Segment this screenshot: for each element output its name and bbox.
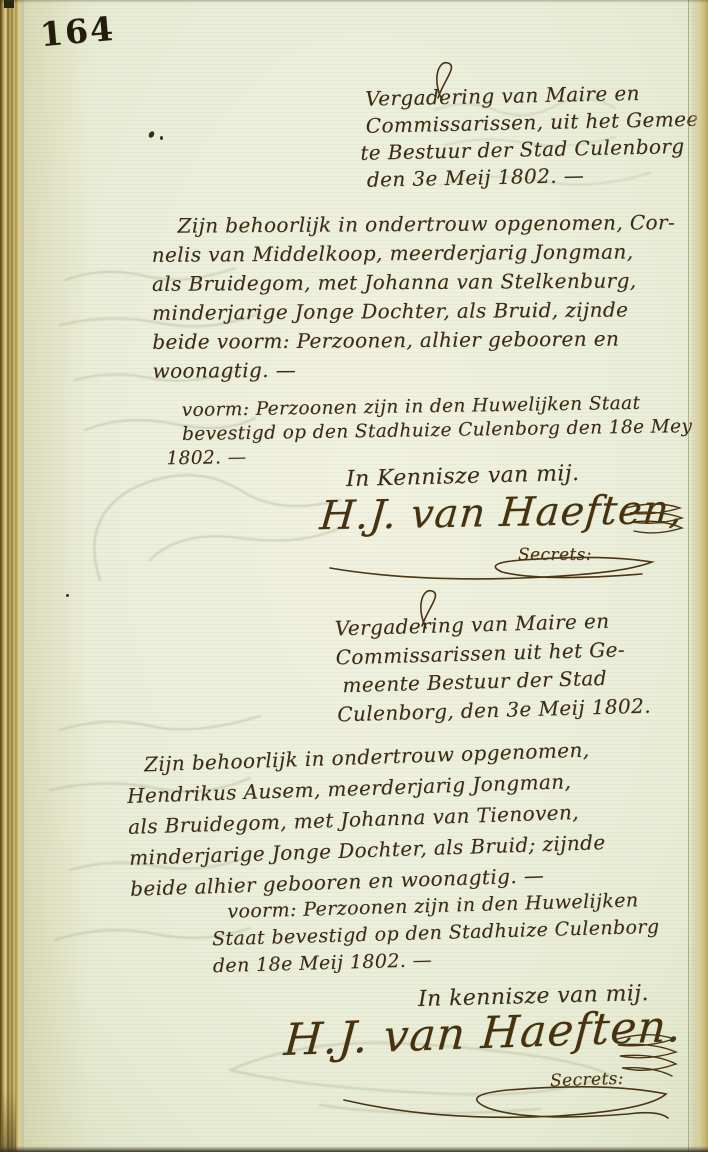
meeting-header: Vergadering van Maire en Commissarissen …	[334, 606, 651, 729]
ink-speck	[148, 130, 156, 139]
meeting-header: Vergadering van Maire en Commissarissen,…	[365, 78, 708, 193]
body-line: als Bruidegom, met Johanna van Stelkenbu…	[152, 266, 676, 299]
scan-bottom-edge	[0, 1146, 708, 1152]
ink-speck	[160, 136, 163, 140]
betrothal-paragraph: Zijn behoorlijk in ondertrouw opgenomen,…	[126, 734, 607, 905]
attestation-line: In Kennisze van mij.	[346, 461, 580, 492]
page-right-edge	[688, 0, 708, 1152]
signature-coil-flourish	[624, 500, 688, 542]
page-number: 164	[38, 9, 116, 54]
signature-underline-flourish	[322, 552, 662, 586]
betrothal-paragraph: Zijn behoorlijk in ondertrouw opgenomen,…	[151, 208, 676, 386]
body-line: nelis van Middelkoop, meerderjarig Jongm…	[152, 237, 676, 270]
scanned-register-page: 164 Vergadering van Maire en Commissaris…	[0, 0, 708, 1152]
ink-speck	[66, 594, 69, 597]
body-line: woonagtig. —	[152, 353, 676, 386]
body-line: beide voorm: Perzoonen, alhier gebooren …	[152, 324, 676, 357]
body-line: Zijn behoorlijk in ondertrouw opgenomen,…	[177, 208, 675, 240]
book-binding-edge	[0, 0, 24, 1152]
marriage-confirmation-paragraph: voorm: Perzoonen zijn in den Huwelijken …	[211, 887, 661, 980]
paper-shading	[20, 0, 90, 1152]
scan-top-edge	[0, 0, 708, 3]
signature-underline-flourish	[338, 1078, 674, 1126]
marriage-confirmation-paragraph: voorm: Perzoonen zijn in den Huwelijken …	[181, 391, 692, 471]
body-line: minderjarige Jonge Dochter, als Bruid, z…	[152, 295, 676, 328]
